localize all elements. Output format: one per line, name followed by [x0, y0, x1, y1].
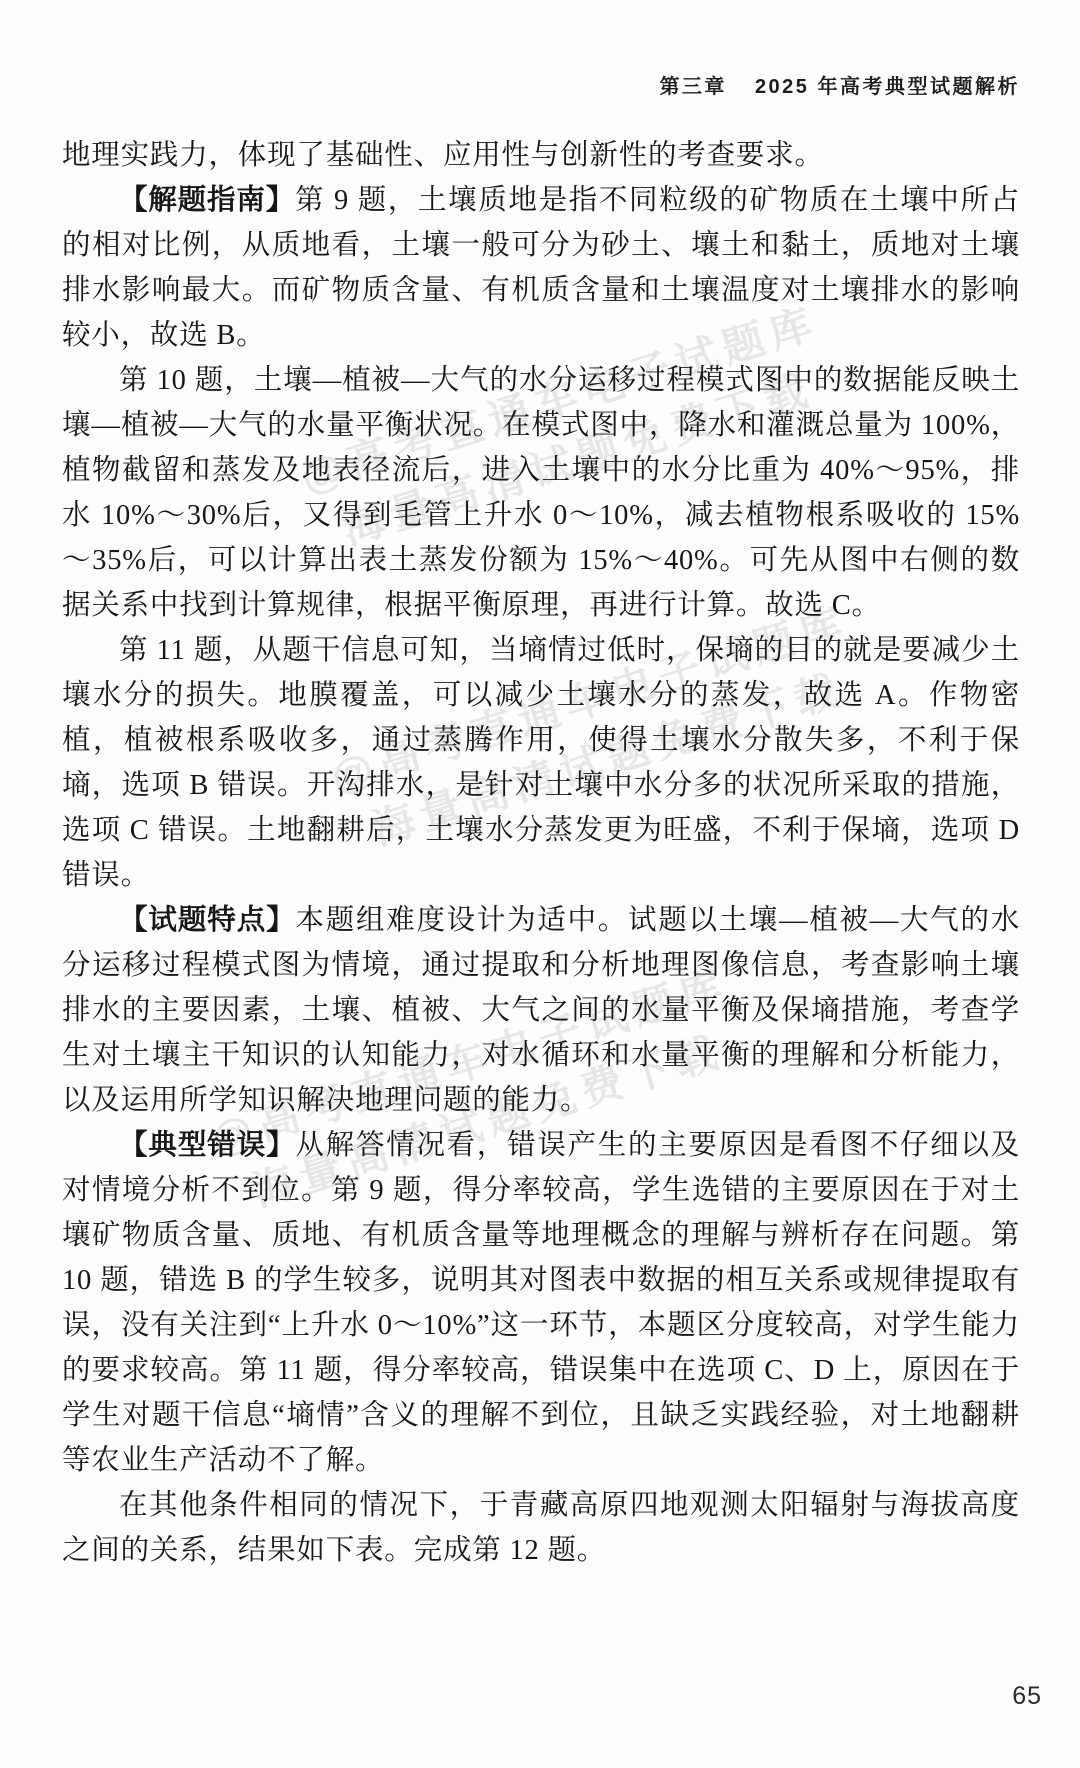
page-body: 地理实践力，体现了基础性、应用性与创新性的考查要求。 【解题指南】第 9 题，土…	[62, 133, 1020, 1573]
paragraph-shiti-tedian: 【试题特点】本题组难度设计为适中。试题以土壤—植被—大气的水分运移过程模式图为情…	[62, 898, 1020, 1123]
chapter-label: 第三章	[659, 76, 727, 98]
paragraph-next-question-lead: 在其他条件相同的情况下，于青藏高原四地观测太阳辐射与海拔高度之间的关系，结果如下…	[62, 1483, 1020, 1573]
section-label-dianxing-cuowu: 【典型错误】	[119, 1129, 296, 1161]
paragraph-dianxing-cuowu: 【典型错误】从解答情况看，错误产生的主要原因是看图不仔细以及对情境分析不到位。第…	[62, 1123, 1020, 1483]
paragraph-shiti-tedian-text: 本题组难度设计为适中。试题以土壤—植被—大气的水分运移过程模式图为情境，通过提取…	[62, 905, 1020, 1116]
paragraph-question-11: 第 11 题，从题干信息可知，当墒情过低时，保墒的目的就是要减少土壤水分的损失。…	[62, 628, 1020, 898]
paragraph-question-10: 第 10 题，土壤—植被—大气的水分运移过程模式图中的数据能反映土壤—植被—大气…	[62, 358, 1020, 628]
running-header: 第三章2025 年高考典型试题解析	[659, 70, 1020, 99]
chapter-title: 2025 年高考典型试题解析	[755, 76, 1020, 98]
section-label-shiti-tedian: 【试题特点】	[119, 904, 296, 936]
paragraph-jieti-zhinan: 【解题指南】第 9 题，土壤质地是指不同粒级的矿物质在土壤中所占的相对比例，从质…	[62, 178, 1020, 358]
paragraph-intro: 地理实践力，体现了基础性、应用性与创新性的考查要求。	[62, 133, 1020, 178]
page-number: 65	[1012, 1682, 1042, 1711]
paragraph-dianxing-cuowu-text: 从解答情况看，错误产生的主要原因是看图不仔细以及对情境分析不到位。第 9 题，得…	[62, 1130, 1020, 1476]
section-label-jieti-zhinan: 【解题指南】	[119, 184, 295, 216]
